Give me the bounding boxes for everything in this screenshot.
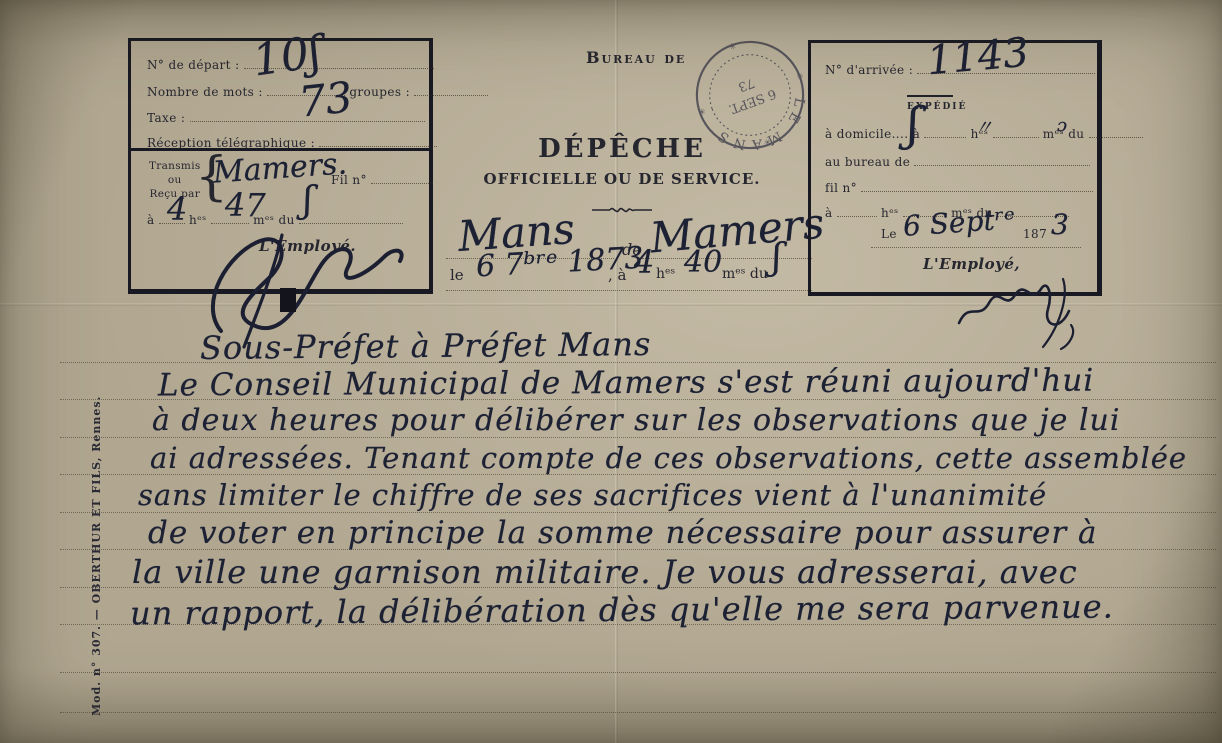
groupes-label: groupes : [349, 85, 410, 99]
hes-label: hᵉˢ [656, 266, 675, 282]
handwritten-hour: 4 [634, 246, 654, 278]
svg-text:✳: ✳ [794, 69, 805, 81]
document-subtitle: OFFICIELLE OU DE SERVICE. [452, 170, 792, 188]
date-ruled-line [871, 247, 1081, 248]
handwritten-arrivee-number: 1143 [925, 33, 1030, 82]
mes-du-label: mᵉˢ du [722, 266, 768, 282]
arrival-info-box: N° d'arrivée : 1143 EXPÉDIÉ à domicile..… [808, 40, 1102, 296]
handwritten-du-mark: ɔ [1057, 117, 1067, 135]
handwritten-date-right: 6 Septʳᵉ [902, 205, 1016, 241]
le-label: le [450, 266, 464, 284]
telegram-text-line: Le Conseil Municipal de Mamers s'est réu… [158, 366, 1094, 402]
handwritten-brace-mark: ʃ [907, 101, 920, 147]
telegram-text-line: ai adressées. Tenant compte de ces obser… [150, 444, 1187, 473]
departure-info-box: N° de départ : Nombre de mots : groupes … [128, 38, 433, 294]
telegram-text-line: un rapport, la délibération dès qu'elle … [130, 591, 1114, 630]
telegram-document: N° de départ : Nombre de mots : groupes … [0, 0, 1222, 743]
handwritten-station: Mamers. [212, 149, 348, 188]
handwritten-mots-number: 73 [297, 76, 355, 123]
ruled-line [60, 512, 1216, 513]
ruled-line [60, 672, 1216, 673]
handwritten-hour: 4 [167, 193, 187, 225]
a-label: , à [608, 266, 626, 284]
fil-row: fil n° [825, 179, 1093, 195]
bureau-de-label: Bureau de [586, 48, 686, 67]
bureau-row: au bureau de [825, 153, 1090, 169]
telegram-text-line: la ville une garnison militaire. Je vous… [132, 556, 1078, 588]
svg-text:✳: ✳ [726, 39, 737, 51]
ornament-divider [590, 203, 654, 217]
telegram-text-line: à deux heures pour délibérer sur les obs… [152, 406, 1120, 436]
handwritten-soir-mark: ʃ [772, 240, 782, 276]
le-row: Le [881, 227, 897, 241]
employee-signature-right [951, 265, 1091, 365]
year-printed: 187 [1023, 227, 1047, 241]
handwritten-minutes: 40 [684, 248, 722, 278]
stamp-date-line2: 73 [736, 75, 756, 95]
taxe-label: Taxe : [147, 109, 425, 125]
handwritten-minutes: 47 [225, 189, 266, 221]
telegram-text-line: Sous-Préfet à Préfet Mans [200, 328, 652, 364]
printer-imprint: Mod. n° 307. — OBERTHUR ET FILS, Rennes. [90, 396, 103, 716]
fil-no-label: Fil n° [331, 171, 433, 187]
telegram-text-line: de voter en principe la somme nécessaire… [148, 518, 1098, 549]
handwritten-ditto-mark: 〃 [975, 119, 993, 137]
origin-ruled-line [642, 258, 812, 259]
form-tab [280, 288, 296, 312]
postmark-stamp: LE MANS 6 SEPT. 73 ✳ ✳ ✳ ✳ [690, 36, 810, 154]
handwritten-origin-station: Mamers [649, 202, 826, 259]
ruled-line [60, 712, 1216, 713]
origin-ruled-line [446, 290, 812, 291]
handwritten-soir-mark: ʃ [303, 183, 313, 219]
handwritten-year-digit: 3 [1051, 211, 1069, 239]
telegram-text-line: sans limiter le chiffre de ses sacrifice… [138, 481, 1047, 510]
